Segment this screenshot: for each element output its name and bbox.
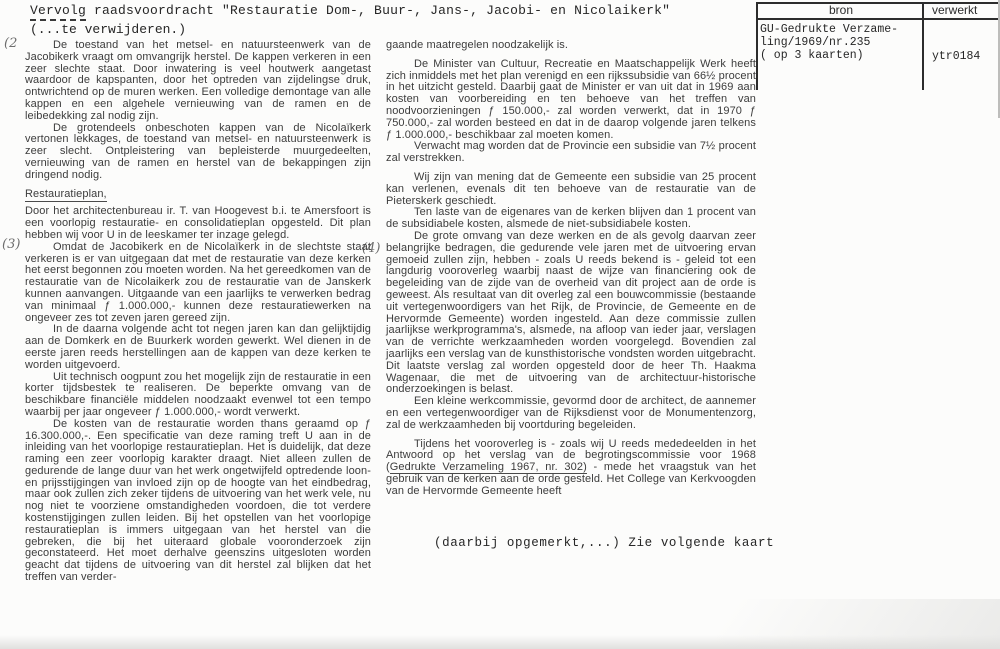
paragraph-bouwcommissie: De grote omvang van deze werken en de al… <box>386 231 756 396</box>
document-subtitle: (...te verwijderen.) <box>30 22 186 37</box>
table-column-divider <box>922 4 924 90</box>
paragraph-provincie-subsidie: Verwacht mag worden dat de Provincie een… <box>386 141 756 165</box>
paragraph-domkerk-buurkerk: In de daarna volgende acht tot negen jar… <box>25 324 371 371</box>
scanned-document-card: Vervolg raadsvoordracht "Restauratie Dom… <box>0 0 1000 649</box>
paragraph-nicolaikerk-condition: De grotendeels onbeschoten kappen van de… <box>25 123 371 182</box>
paragraph-restauratie-volgorde: Omdat de Jacobikerk en de Nicolaïkerk in… <box>25 242 371 325</box>
paragraph-technisch-oogpunt: Uit technisch oogpunt zou het mogelijk z… <box>25 372 371 419</box>
document-title: Vervolg raadsvoordracht "Restauratie Dom… <box>30 3 670 18</box>
processed-code-cell: ytr0184 <box>924 20 1000 63</box>
paragraph-architectenbureau: Door het architectenbureau ir. T. van Ho… <box>25 206 371 241</box>
table-body-row: GU-Gedrukte Verzame- ling/1969/nr.235 ( … <box>758 20 1000 63</box>
table-header-verwerkt: verwerkt <box>924 4 1000 18</box>
table-header-row: bron verwerkt <box>758 4 1000 20</box>
section-heading-restauratieplan: Restauratieplan, <box>25 189 371 201</box>
continuation-note: (daarbij opgemerkt,...) Zie volgende kaa… <box>434 536 774 550</box>
scan-shading-bottom <box>0 635 1000 649</box>
paragraph-minister-subsidie: De Minister van Cultuur, Recreatie en Ma… <box>386 59 756 142</box>
handwritten-margin-mark-2: (2 <box>4 36 17 51</box>
source-table: bron verwerkt GU-Gedrukte Verzame- ling/… <box>756 2 1000 90</box>
right-text-column: gaande maatregelen noodzakelijk is. De M… <box>386 40 756 497</box>
title-underlined-word: Vervolg <box>30 3 86 21</box>
paragraph-werkcommissie: Een kleine werkcommissie, gevormd door d… <box>386 396 756 431</box>
paragraph-continuation: gaande maatregelen noodzakelijk is. <box>386 40 756 52</box>
paragraph-eigenares-kosten: Ten laste van de eigenares van de kerken… <box>386 207 756 231</box>
table-header-bron: bron <box>758 4 924 18</box>
paragraph-vooroverleg-gebruik: Tijdens het vooroverleg is - zoals wij U… <box>386 439 756 498</box>
handwritten-margin-mark-3: (3) <box>2 237 20 252</box>
paragraph-jacobikerk-condition: De toestand van het metsel- en natuurste… <box>25 40 371 123</box>
paragraph-gemeente-subsidie: Wij zijn van mening dat de Gemeente een … <box>386 172 756 207</box>
paragraph-kosten-raming: De kosten van de restauratie worden than… <box>25 419 371 584</box>
left-text-column: De toestand van het metsel- en natuurste… <box>25 40 371 584</box>
title-rest: raadsvoordracht "Restauratie Dom-, Buur-… <box>86 3 670 18</box>
source-reference-cell: GU-Gedrukte Verzame- ling/1969/nr.235 ( … <box>758 20 924 63</box>
